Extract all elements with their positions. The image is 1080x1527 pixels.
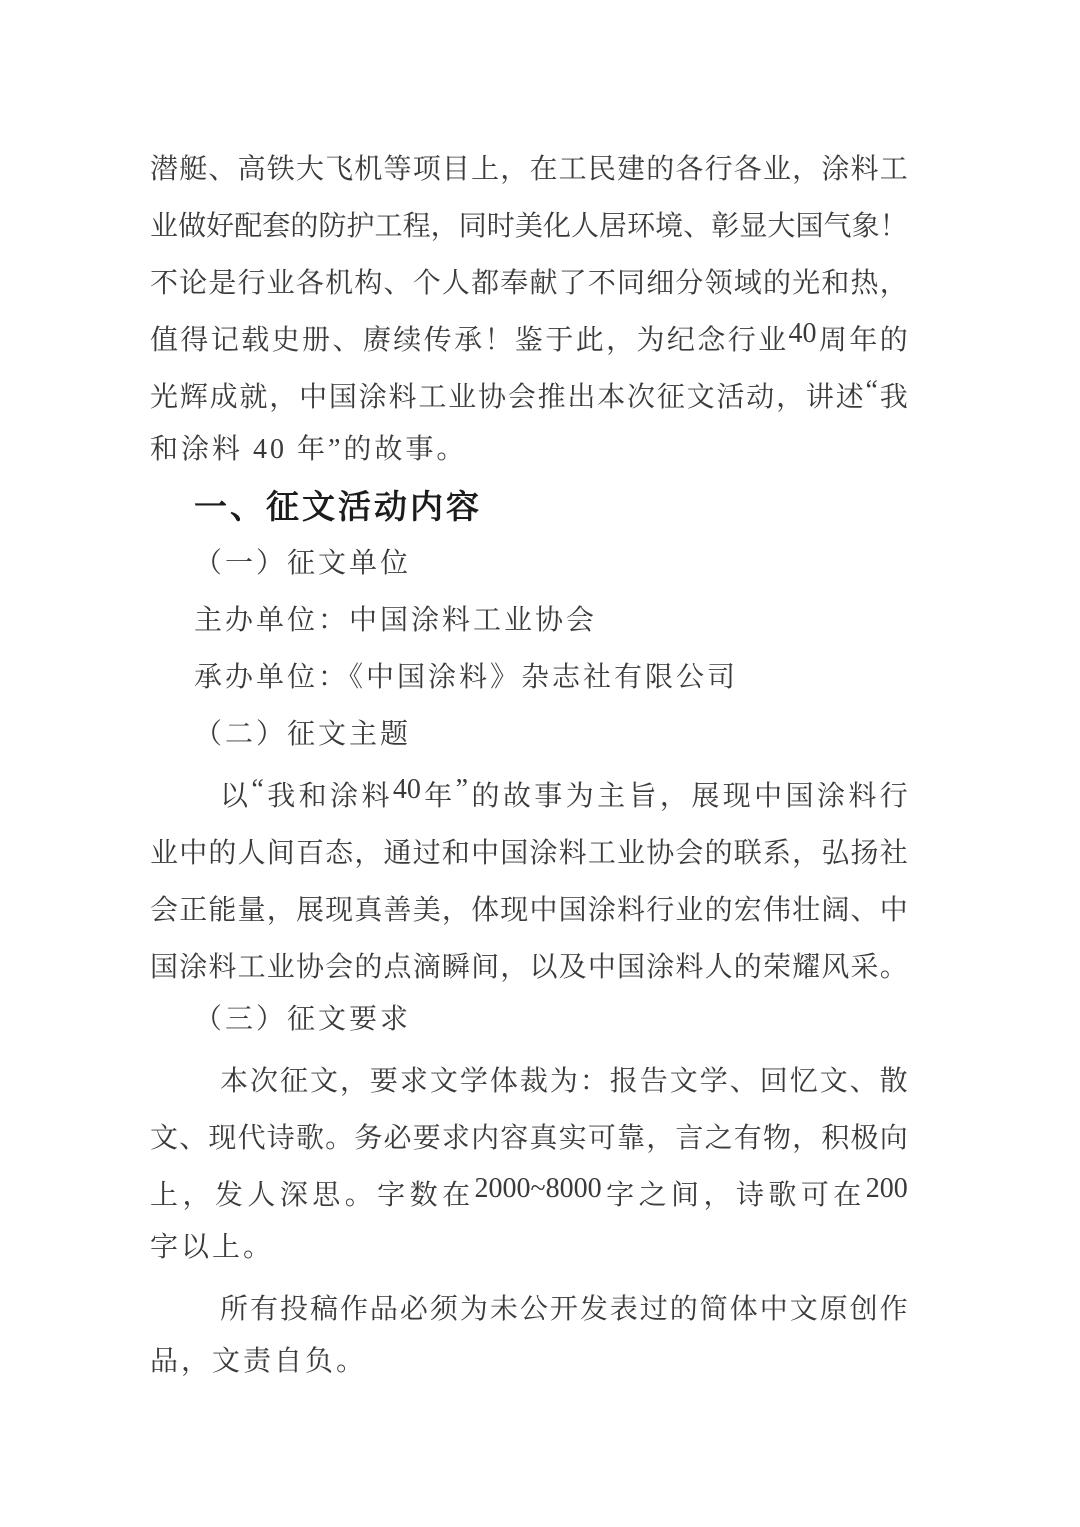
document-page: 潜艇、高铁大飞机等项目上，在工民建的各行各业，涂料工业做好配套的防护工程，同时美… (0, 0, 1080, 1527)
text-line: 本次征文，要求文学体裁为：报告文学、回忆文、散 (150, 1059, 908, 1116)
document-body: 潜艇、高铁大飞机等项目上，在工民建的各行各业，涂料工业做好配套的防护工程，同时美… (150, 147, 908, 1401)
text-line: （一）征文单位 (150, 546, 908, 603)
text-line: 字以上。 (150, 1230, 908, 1287)
text-line: 上，发人深思。字数在2000~8000字之间，诗歌可在200 (150, 1173, 908, 1230)
text-line: 主办单位：中国涂料工业协会 (150, 603, 908, 660)
text-line: （二）征文主题 (150, 717, 908, 774)
text-line: 文、现代诗歌。务必要求内容真实可靠，言之有物，积极向 (150, 1116, 908, 1173)
text-line: 所有投稿作品必须为未公开发表过的简体中文原创作 (150, 1287, 908, 1344)
text-line: 以“我和涂料40年”的故事为主旨，展现中国涂料行 (150, 774, 908, 831)
text-line: 国涂料工业协会的点滴瞬间，以及中国涂料人的荣耀风采。 (150, 945, 908, 1002)
text-line: 业做好配套的防护工程，同时美化人居环境、彰显大国气象！ (150, 204, 908, 261)
section-heading: 一、征文活动内容 (150, 489, 908, 546)
text-line: 不论是行业各机构、个人都奉献了不同细分领域的光和热， (150, 261, 908, 318)
text-line: 业中的人间百态，通过和中国涂料工业协会的联系，弘扬社 (150, 831, 908, 888)
text-line: 会正能量，展现真善美，体现中国涂料行业的宏伟壮阔、中 (150, 888, 908, 945)
text-line: 和涂料 40 年”的故事。 (150, 432, 908, 489)
text-line: 光辉成就，中国涂料工业协会推出本次征文活动，讲述“我 (150, 375, 908, 432)
text-line: 值得记载史册、赓续传承！鉴于此，为纪念行业40周年的 (150, 318, 908, 375)
text-line: 潜艇、高铁大飞机等项目上，在工民建的各行各业，涂料工 (150, 147, 908, 204)
text-line: 承办单位：《中国涂料》杂志社有限公司 (150, 660, 908, 717)
text-line: （三）征文要求 (150, 1002, 908, 1059)
text-line: 品，文责自负。 (150, 1344, 908, 1401)
